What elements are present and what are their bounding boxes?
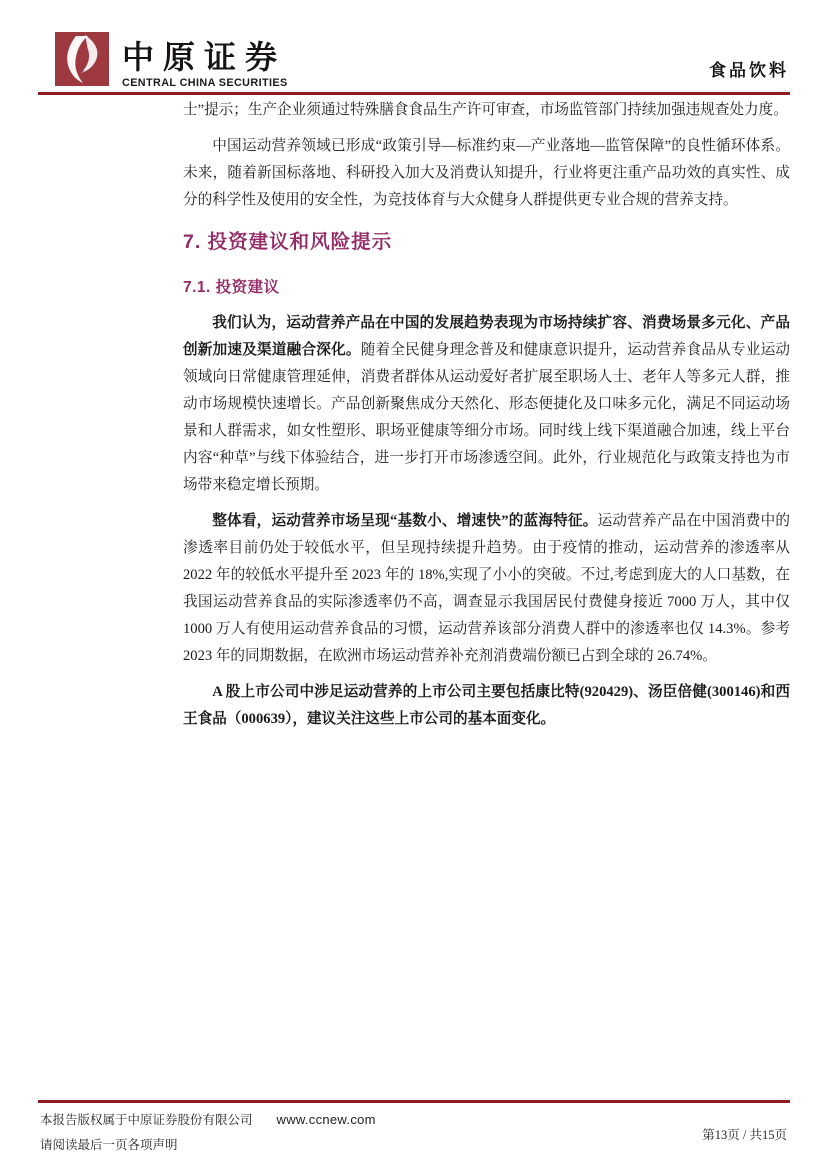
paragraph-market-overview-body: 运动营养产品在中国消费中的渗透率目前仍处于较低水平，但呈现持续提升趋势。由于疫情… [183, 513, 790, 664]
report-body: 士”提示；生产企业须通过特殊膳食食品生产许可审查，市场监管部门持续加强违规查处力… [183, 97, 790, 742]
company-name-cn: 中原证券 [122, 41, 288, 73]
company-logo-icon [55, 32, 109, 86]
subsection-heading: 7.1. 投资建议 [183, 277, 790, 298]
paragraph-investment-view: 我们认为，运动营养产品在中国的发展趋势表现为市场持续扩容、消费场景多元化、产品创… [183, 310, 790, 499]
footer-copyright: 本报告版权属于中原证券股份有限公司 [40, 1113, 253, 1127]
company-logo: 中原证券 CENTRAL CHINA SECURITIES [55, 32, 288, 89]
paragraph-market-overview-lead: 整体看，运动营养市场呈现“基数小、增速快”的蓝海特征。 [212, 513, 597, 529]
paragraph-listed-companies: A 股上市公司中涉足运动营养的上市公司主要包括康比特(920429)、汤臣倍健(… [183, 679, 790, 733]
footer-copyright-line: 本报告版权属于中原证券股份有限公司www.ccnew.com [40, 1107, 376, 1133]
industry-category-label: 食品饮料 [709, 56, 789, 81]
section-heading: 7. 投资建议和风险提示 [183, 228, 790, 256]
paragraph-continuation: 士”提示；生产企业须通过特殊膳食食品生产许可审查，市场监管部门持续加强违规查处力… [183, 97, 790, 124]
footer-page-number: 第13页 / 共15页 [702, 1125, 787, 1143]
paragraph-policy-cycle: 中国运动营养领域已形成“政策引导—标准约束—产业落地—监管保障”的良性循环体系。… [183, 133, 790, 214]
company-name-en: CENTRAL CHINA SECURITIES [122, 77, 288, 89]
company-logo-text: 中原证券 CENTRAL CHINA SECURITIES [122, 32, 288, 89]
report-page: 中原证券 CENTRAL CHINA SECURITIES 食品饮料 士”提示；… [0, 0, 827, 1169]
footer-website: www.ccnew.com [277, 1112, 376, 1127]
paragraph-market-overview: 整体看，运动营养市场呈现“基数小、增速快”的蓝海特征。运动营养产品在中国消费中的… [183, 508, 790, 670]
footer-left: 本报告版权属于中原证券股份有限公司www.ccnew.com 请阅读最后一页各项… [40, 1107, 376, 1158]
footer-disclaimer: 请阅读最后一页各项声明 [40, 1133, 376, 1158]
footer-divider [38, 1100, 790, 1103]
header-divider [38, 92, 790, 95]
paragraph-investment-view-body: 随着全民健身理念普及和健康意识提升，运动营养食品从专业运动领域向日常健康管理延伸… [183, 342, 790, 493]
